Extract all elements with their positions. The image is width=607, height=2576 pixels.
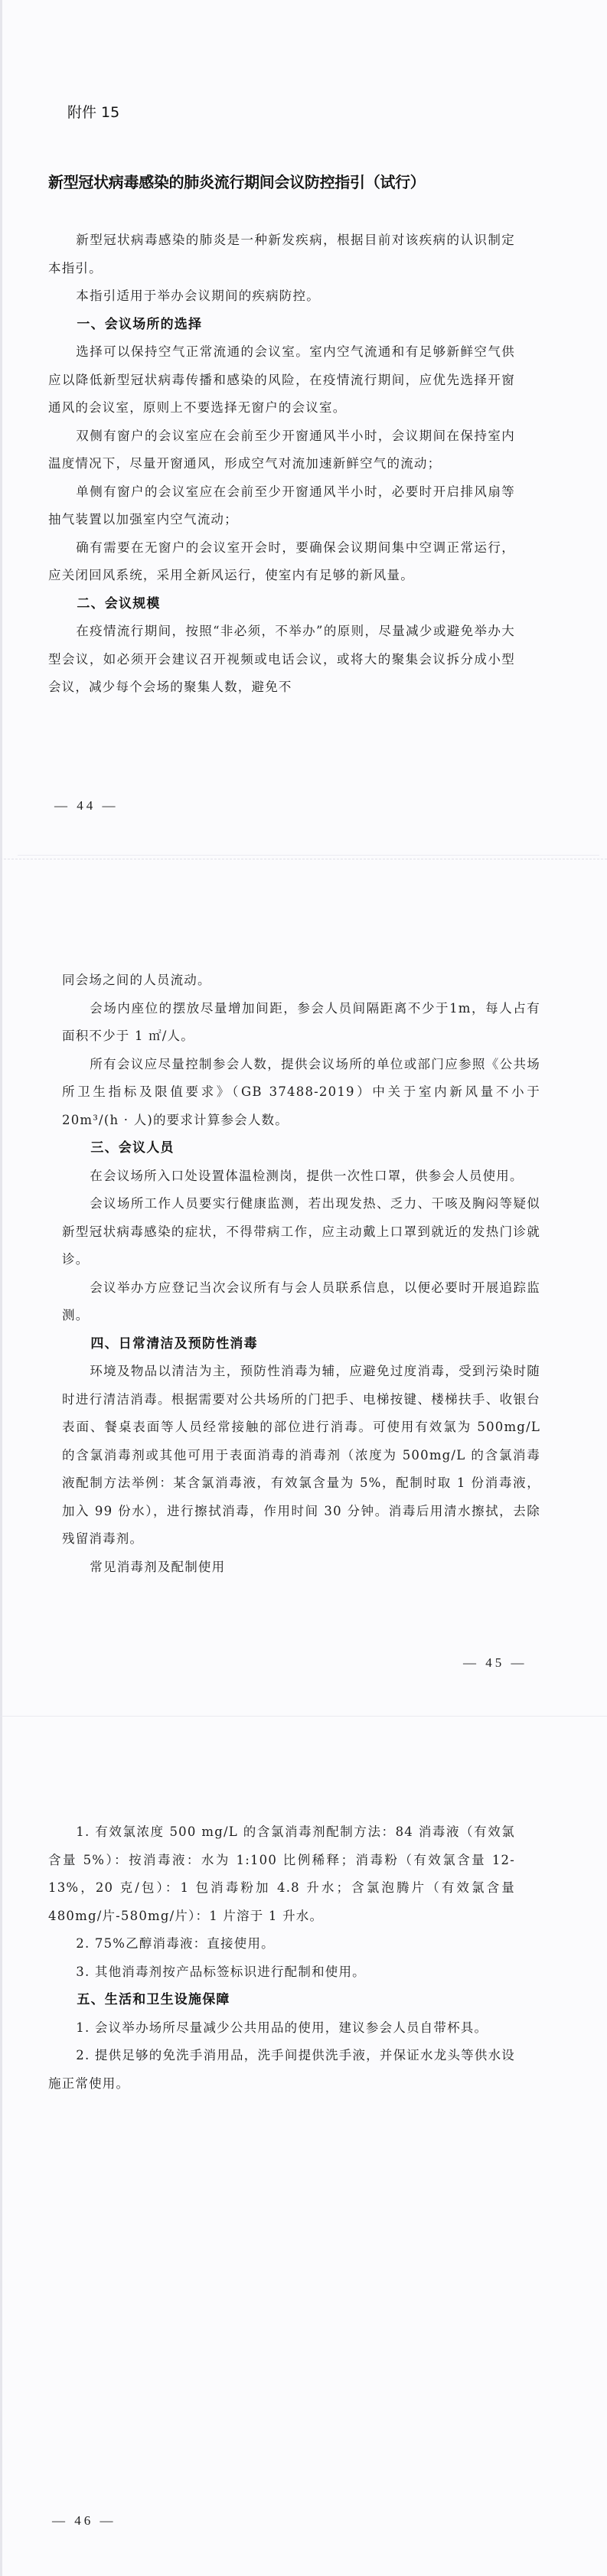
paragraph-two-side-windows: 双侧有窗户的会议室应在会前至少开窗通风半小时，会议期间在保持室内温度情况下，尽量… [48,422,515,478]
page-number: — 45 — [463,1655,527,1671]
document-page-46: 1. 有效氯浓度 500 mg/L 的含氯消毒剂配制方法：84 消毒液（有效氯含… [0,1716,607,2576]
paragraph-common-disinfectants: 常见消毒剂及配制使用 [62,1554,540,1582]
document-page-45: 同会场之间的人员流动。 会场内座位的摆放尽量增加间距，参会人员间隔距离不少于1m… [0,859,607,1716]
paragraph-continued: 同会场之间的人员流动。 [62,967,540,995]
paragraph-temperature-check: 在会议场所入口处设置体温检测岗，提供一次性口罩，供参会人员使用。 [62,1162,540,1191]
paragraph-attendance-limit: 所有会议应尽量控制参会人数，提供会议场所的单位或部门应参照《公共场所卫生指标及限… [62,1051,540,1135]
paragraph-venue-choice: 选择可以保持空气正常流通的会议室。室内空气流通和有足够新鲜空气供应以降低新型冠状… [48,338,515,422]
paragraph-intro: 新型冠状病毒感染的肺炎是一种新发疾病，根据目前对该疾病的认识制定本指引。 [48,227,515,282]
page-44-body: 新型冠状病毒感染的肺炎是一种新发疾病，根据目前对该疾病的认识制定本指引。 本指引… [48,227,515,702]
list-item-public-items: 1. 会议举办场所尽量减少公共用品的使用，建议参会人员自带杯具。 [48,2014,515,2043]
paragraph-disinfection: 环境及物品以清洁为主，预防性消毒为辅，应避免过度消毒，受到污染时随时进行清洁消毒… [62,1358,540,1554]
page-number: — 44 — [54,798,119,814]
list-item-hand-sanitizer: 2. 提供足够的免洗手消用品，洗手间提供洗手液，并保证水龙头等供水设施正常使用。 [48,2042,515,2098]
paragraph-scale: 在疫情流行期间，按照“非必须，不举办”的原则，尽量减少或避免举办大型会议，如必须… [48,618,515,702]
document-page-44: 附件 15 新型冠状病毒感染的肺炎流行期间会议防控指引（试行） 新型冠状病毒感染… [0,0,607,859]
page-divider [18,855,599,856]
section-heading-venue: 一、会议场所的选择 [48,311,515,339]
section-heading-facilities: 五、生活和卫生设施保障 [48,1986,515,2014]
list-item-other-disinfectants: 3. 其他消毒剂按产品标签标识进行配制和使用。 [48,1958,515,1987]
section-heading-scale: 二、会议规模 [48,590,515,618]
section-heading-cleaning: 四、日常清洁及预防性消毒 [62,1330,540,1358]
annex-label: 附件 15 [67,101,119,122]
section-heading-personnel: 三、会议人员 [62,1134,540,1162]
paragraph-no-windows: 确有需要在无窗户的会议室开会时，要确保会议期间集中空调正常运行，应关闭回风系统，… [48,534,515,590]
page-46-body: 1. 有效氯浓度 500 mg/L 的含氯消毒剂配制方法：84 消毒液（有效氯含… [48,1818,515,2098]
list-item-ethanol: 2. 75%乙醇消毒液：直接使用。 [48,1930,515,1958]
paragraph-staff-monitoring: 会议场所工作人员要实行健康监测，若出现发热、乏力、干咳及胸闷等疑似新型冠状病毒感… [62,1190,540,1274]
page-45-body: 同会场之间的人员流动。 会场内座位的摆放尽量增加间距，参会人员间隔距离不少于1m… [62,967,540,1581]
document-title: 新型冠状病毒感染的肺炎流行期间会议防控指引（试行） [48,170,576,192]
paragraph-one-side-windows: 单侧有窗户的会议室应在会前至少开窗通风半小时，必要时开启排风扇等抽气装置以加强室… [48,478,515,534]
paragraph-contact-registration: 会议举办方应登记当次会议所有与会人员联系信息，以便必要时开展追踪监测。 [62,1274,540,1330]
paragraph-seating: 会场内座位的摆放尽量增加间距，参会人员间隔距离不少于1m，每人占有面积不少于 1… [62,995,540,1051]
page-number: — 46 — [52,2513,116,2529]
list-item-chlorine-solution: 1. 有效氯浓度 500 mg/L 的含氯消毒剂配制方法：84 消毒液（有效氯含… [48,1818,515,1930]
paragraph-scope: 本指引适用于举办会议期间的疾病防控。 [48,282,515,311]
